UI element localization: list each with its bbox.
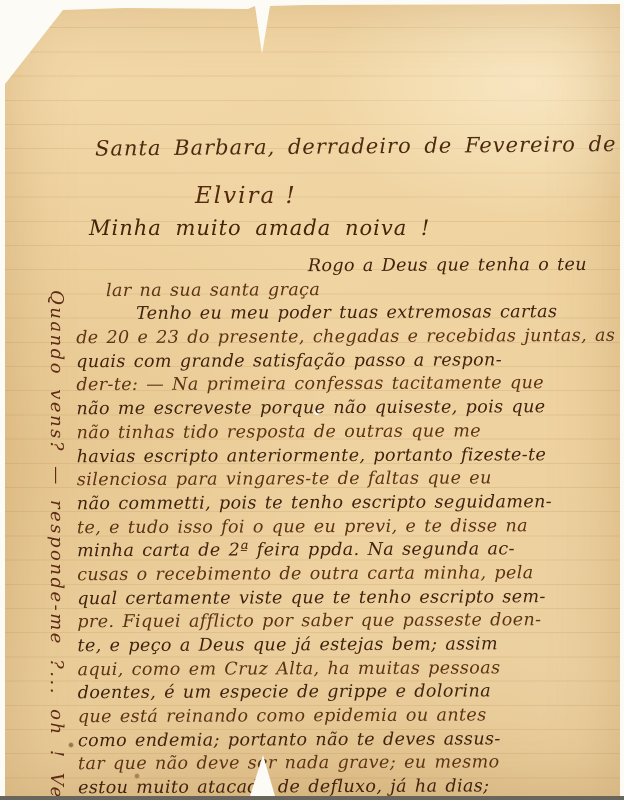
letter-line: não commetti, pois te tenho escripto seg… — [77, 491, 623, 517]
letter-line: qual certamente viste que te tenho escri… — [77, 585, 623, 611]
letter-line: não me escreveste porque não quiseste, p… — [76, 396, 622, 422]
letter-line: aqui, como em Cruz Alta, ha muitas pesso… — [78, 656, 624, 682]
scan-bottom-edge — [0, 796, 624, 800]
letter-line: silenciosa para vingares-te de faltas qu… — [77, 467, 623, 493]
letter-line: não tinhas tido resposta de outras que m… — [77, 420, 623, 446]
letter-line: quais com grande satisfação passo a resp… — [76, 349, 622, 375]
letter-greeting: Minha muito amada noiva ! — [89, 216, 430, 240]
letter-line: te, e peço a Deus que já estejas bem; as… — [77, 633, 623, 659]
letter-body: Rogo a Deus que tenha o teular na sua sa… — [76, 254, 624, 800]
letter-line: lar na sua santa graça — [76, 277, 622, 303]
letter-line: cusas o recebimento de outra carta minha… — [77, 562, 623, 588]
letter-line: pre. Fiquei afflicto por saber que passe… — [77, 609, 623, 635]
letter-line: Rogo a Deus que tenha o teu — [76, 254, 622, 280]
margin-note: Quando vens? — responde-me ?... oh ! Vem… — [46, 290, 67, 800]
letter-line: que está reinando como epidemia ou antes — [78, 704, 624, 730]
scanned-letter: Santa Barbara, derradeiro de Fevereiro d… — [0, 0, 624, 800]
letter-dateline: Santa Barbara, derradeiro de Fevereiro d… — [95, 131, 624, 160]
letter-salutation: Elvira ! — [195, 183, 297, 209]
letter-line: havias escripto anteriormente, portanto … — [77, 443, 623, 469]
letter-line: minha carta de 2ª feira ppda. Na segunda… — [77, 538, 623, 564]
letter-line: tar que não deve ser nada grave; eu mesm… — [78, 751, 624, 777]
letter-line: como endemia; portanto não te deves assu… — [78, 728, 624, 754]
letter-line: de 20 e 23 do presente, chegadas e receb… — [76, 325, 622, 351]
letter-line: te, e tudo isso foi o que eu previ, e te… — [77, 514, 623, 540]
letter-paper: Santa Barbara, derradeiro de Fevereiro d… — [5, 4, 620, 796]
letter-line: doentes, é um especie de grippe e dolori… — [78, 680, 624, 706]
letter-line: der-te: — Na primeira confessas tacitame… — [76, 372, 622, 398]
letter-line: Tenho eu meu poder tuas extremosas carta… — [76, 301, 622, 327]
